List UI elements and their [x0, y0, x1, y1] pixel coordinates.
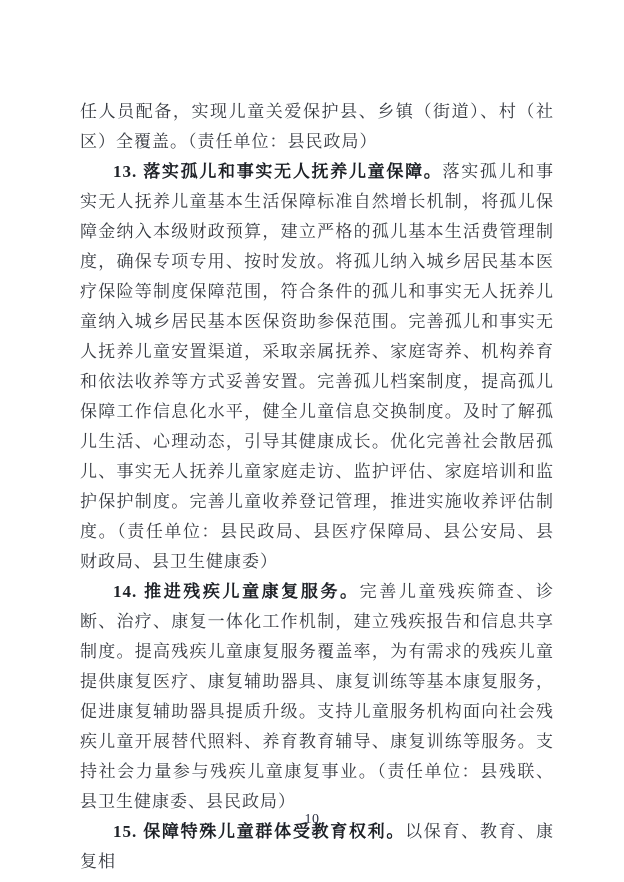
document-body: 任人员配备，实现儿童关爱保护县、乡镇（街道）、村（社区）全覆盖。（责任单位：县民… — [80, 97, 554, 877]
document-page: 任人员配备，实现儿童关爱保护县、乡镇（街道）、村（社区）全覆盖。（责任单位：县民… — [0, 0, 624, 882]
paragraph-lead-bold: 13. 落实孤儿和事实无人抚养儿童保障。 — [113, 162, 442, 181]
page-number: 10 — [0, 810, 624, 830]
paragraph: 14. 推进残疾儿童康复服务。完善儿童残疾筛查、诊断、治疗、康复一体化工作机制，… — [80, 577, 554, 817]
paragraph: 13. 落实孤儿和事实无人抚养儿童保障。落实孤儿和事实无人抚养儿童基本生活保障标… — [80, 157, 554, 577]
paragraph-text: 任人员配备，实现儿童关爱保护县、乡镇（街道）、村（社区）全覆盖。（责任单位：县民… — [80, 102, 554, 151]
paragraph-lead-bold: 14. 推进残疾儿童康复服务。 — [113, 582, 360, 601]
paragraph-text: 落实孤儿和事实无人抚养儿童基本生活保障标准自然增长机制，将孤儿保障金纳入本级财政… — [80, 162, 554, 571]
paragraph-text: 完善儿童残疾筛查、诊断、治疗、康复一体化工作机制，建立残疾报告和信息共享制度。提… — [80, 582, 554, 811]
paragraph: 任人员配备，实现儿童关爱保护县、乡镇（街道）、村（社区）全覆盖。（责任单位：县民… — [80, 97, 554, 157]
